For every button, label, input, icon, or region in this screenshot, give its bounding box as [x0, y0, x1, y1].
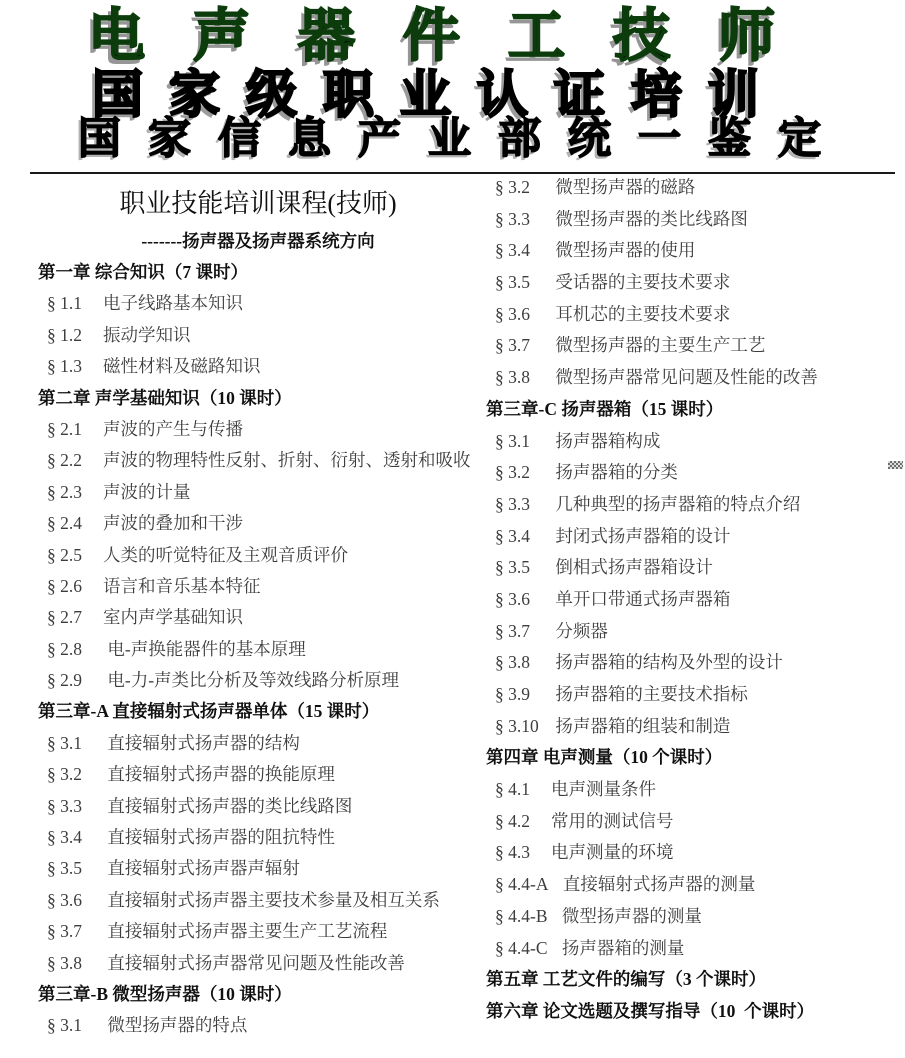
- item-text: 微型扬声器的磁路: [551, 177, 695, 197]
- section-marker: § 3.2: [47, 759, 93, 790]
- chapter-heading: 第二章 声学基础知识（10 课时）: [38, 383, 478, 414]
- item-text: 声波的叠加和干涉: [103, 513, 243, 533]
- section-marker: § 3.8: [47, 948, 93, 979]
- item-text: 微型扬声器的使用: [551, 240, 695, 260]
- section-marker: § 3.5: [47, 853, 93, 884]
- section-marker: § 3.2: [495, 457, 541, 489]
- chapter-heading: 第三章-C 扬声器箱（15 课时）: [486, 394, 905, 426]
- section-marker: § 3.8: [495, 362, 541, 394]
- course-item: § 3.8 微型扬声器常见问题及性能的改善: [486, 362, 905, 394]
- section-marker: § 3.1: [47, 1010, 93, 1041]
- left-rows: 第一章 综合知识（7 课时）§ 1.1电子线路基本知识§ 1.2振动学知识§ 1…: [38, 257, 478, 1042]
- chapter-heading: 第六章 论文选题及撰写指导（10 个课时）: [486, 996, 905, 1028]
- section-marker: § 3.6: [47, 885, 93, 916]
- section-marker: § 3.3: [495, 204, 541, 236]
- section-marker: § 3.5: [495, 552, 541, 584]
- course-item: § 3.1 直接辐射式扬声器的结构: [38, 728, 478, 759]
- course-item: § 3.4 封闭式扬声器箱的设计: [486, 521, 905, 553]
- chapter-heading: 第五章 工艺文件的编写（3 个课时）: [486, 964, 905, 996]
- item-text: 耳机芯的主要技术要求: [551, 304, 730, 324]
- item-text: 振动学知识: [103, 325, 191, 345]
- course-item: § 2.9 电-力-声类比分析及等效线路分析原理: [38, 665, 478, 696]
- course-item: § 3.5 受话器的主要技术要求: [486, 267, 905, 299]
- item-text: 声波的计量: [103, 482, 191, 502]
- course-item: § 1.3磁性材料及磁路知识: [38, 351, 478, 382]
- section-marker: § 3.2: [495, 172, 541, 204]
- chapter-heading: 第四章 电声测量（10 个课时）: [486, 742, 905, 774]
- section-marker: § 2.6: [47, 571, 93, 602]
- course-item: § 3.2 微型扬声器的磁路: [486, 172, 905, 204]
- item-text: 直接辐射式扬声器的测量: [558, 874, 755, 894]
- section-marker: § 3.1: [47, 728, 93, 759]
- section-marker: § 2.7: [47, 602, 93, 633]
- course-item: § 4.4-A 直接辐射式扬声器的测量: [486, 869, 905, 901]
- course-item: § 3.1 扬声器箱构成: [486, 426, 905, 458]
- section-marker: § 2.9: [47, 665, 93, 696]
- item-text: 电声测量条件: [551, 779, 656, 799]
- section-marker: § 3.3: [47, 791, 93, 822]
- item-text: 微型扬声器常见问题及性能的改善: [551, 367, 818, 387]
- section-marker: § 3.8: [495, 647, 541, 679]
- section-marker: § 2.8: [47, 634, 93, 665]
- item-text: 几种典型的扬声器箱的特点介绍: [551, 494, 800, 514]
- document-page: 电声器件工技师 国家级职业认证培训 国家信息产业部统一鉴定 职业技能培训课程(技…: [0, 0, 905, 1058]
- course-item: § 2.6语言和音乐基本特征: [38, 571, 478, 602]
- course-item: § 3.2 直接辐射式扬声器的换能原理: [38, 759, 478, 790]
- course-item: § 3.6 直接辐射式扬声器主要技术参量及相互关系: [38, 885, 478, 916]
- chapter-heading: 第一章 综合知识（7 课时）: [38, 257, 478, 288]
- section-marker: § 4.4-A: [495, 869, 548, 901]
- course-item: § 3.3 微型扬声器的类比线路图: [486, 204, 905, 236]
- item-text: 电-力-声类比分析及等效线路分析原理: [103, 670, 399, 690]
- item-text: 倒相式扬声器箱设计: [551, 557, 713, 577]
- section-marker: § 2.5: [47, 540, 93, 571]
- course-item: § 3.10 扬声器箱的组装和制造: [486, 711, 905, 743]
- section-marker: § 3.7: [495, 330, 541, 362]
- section-marker: § 1.3: [47, 351, 93, 382]
- item-text: 扬声器箱的组装和制造: [551, 716, 730, 736]
- item-text: 电子线路基本知识: [103, 293, 243, 313]
- course-item: § 3.6 耳机芯的主要技术要求: [486, 299, 905, 331]
- course-item: § 3.7 微型扬声器的主要生产工艺: [486, 330, 905, 362]
- chapter-heading: 第三章-B 微型扬声器（10 课时）: [38, 979, 478, 1010]
- section-marker: § 2.3: [47, 477, 93, 508]
- item-text: 微型扬声器的特点: [103, 1015, 247, 1035]
- item-text: 微型扬声器的测量: [558, 906, 702, 926]
- item-text: 直接辐射式扬声器主要技术参量及相互关系: [103, 890, 440, 910]
- item-text: 直接辐射式扬声器声辐射: [103, 858, 300, 878]
- right-rows: § 3.2 微型扬声器的磁路§ 3.3 微型扬声器的类比线路图§ 3.4 微型扬…: [486, 172, 905, 1028]
- course-item: § 3.6 单开口带通式扬声器箱: [486, 584, 905, 616]
- section-marker: § 3.4: [47, 822, 93, 853]
- course-item: § 3.2 扬声器箱的分类: [486, 457, 905, 489]
- section-marker: § 3.4: [495, 235, 541, 267]
- course-item: § 2.4声波的叠加和干涉: [38, 508, 478, 539]
- course-item: § 3.3 直接辐射式扬声器的类比线路图: [38, 791, 478, 822]
- course-item: § 4.1电声测量条件: [486, 774, 905, 806]
- item-text: 受话器的主要技术要求: [551, 272, 730, 292]
- course-item: § 3.7 分频器: [486, 616, 905, 648]
- course-item: § 4.4-C 扬声器箱的测量: [486, 933, 905, 965]
- section-marker: § 3.5: [495, 267, 541, 299]
- right-column: § 3.2 微型扬声器的磁路§ 3.3 微型扬声器的类比线路图§ 3.4 微型扬…: [486, 172, 905, 1028]
- section-marker: § 4.3: [495, 837, 541, 869]
- section-marker: § 3.6: [495, 584, 541, 616]
- course-item: § 2.5人类的听觉特征及主观音质评价: [38, 540, 478, 571]
- item-text: 扬声器箱构成: [551, 431, 660, 451]
- course-subtitle: -------扬声器及扬声器系统方向: [38, 225, 478, 257]
- course-item: § 2.3声波的计量: [38, 477, 478, 508]
- item-text: 室内声学基础知识: [103, 607, 243, 627]
- item-text: 电-声换能器件的基本原理: [103, 639, 306, 659]
- item-text: 直接辐射式扬声器的阻抗特性: [103, 827, 335, 847]
- section-marker: § 4.4-B: [495, 901, 548, 933]
- section-marker: § 2.2: [47, 445, 93, 476]
- item-text: 语言和音乐基本特征: [103, 576, 261, 596]
- banner-title: 电声器件工技师: [88, 6, 823, 68]
- course-item: § 3.5 直接辐射式扬声器声辐射: [38, 853, 478, 884]
- course-item: § 2.2声波的物理特性反射、折射、衍射、透射和吸收: [38, 445, 478, 476]
- item-text: 封闭式扬声器箱的设计: [551, 526, 730, 546]
- section-marker: § 3.7: [47, 916, 93, 947]
- item-text: 直接辐射式扬声器的类比线路图: [103, 796, 352, 816]
- edge-handle[interactable]: [888, 461, 903, 469]
- course-item: § 2.1声波的产生与传播: [38, 414, 478, 445]
- item-text: 声波的物理特性反射、折射、衍射、透射和吸收: [103, 450, 471, 470]
- course-item: § 4.4-B 微型扬声器的测量: [486, 901, 905, 933]
- section-marker: § 3.10: [495, 711, 541, 743]
- item-text: 扬声器箱的测量: [558, 938, 685, 958]
- left-column: 职业技能培训课程(技师) -------扬声器及扬声器系统方向 第一章 综合知识…: [38, 183, 478, 1042]
- course-item: § 2.7室内声学基础知识: [38, 602, 478, 633]
- course-item: § 3.9 扬声器箱的主要技术指标: [486, 679, 905, 711]
- course-item: § 3.3 几种典型的扬声器箱的特点介绍: [486, 489, 905, 521]
- item-text: 磁性材料及磁路知识: [103, 356, 261, 376]
- course-item: § 3.8 扬声器箱的结构及外型的设计: [486, 647, 905, 679]
- section-marker: § 4.2: [495, 806, 541, 838]
- section-marker: § 1.1: [47, 288, 93, 319]
- section-marker: § 3.7: [495, 616, 541, 648]
- section-marker: § 4.1: [495, 774, 541, 806]
- item-text: 扬声器箱的主要技术指标: [551, 684, 748, 704]
- item-text: 人类的听觉特征及主观音质评价: [103, 545, 348, 565]
- course-item: § 3.5 倒相式扬声器箱设计: [486, 552, 905, 584]
- course-item: § 1.1电子线路基本知识: [38, 288, 478, 319]
- item-text: 直接辐射式扬声器的换能原理: [103, 764, 335, 784]
- course-item: § 1.2振动学知识: [38, 320, 478, 351]
- section-marker: § 3.9: [495, 679, 541, 711]
- course-item: § 4.3电声测量的环境: [486, 837, 905, 869]
- item-text: 直接辐射式扬声器主要生产工艺流程: [103, 921, 387, 941]
- item-text: 声波的产生与传播: [103, 419, 243, 439]
- item-text: 电声测量的环境: [551, 842, 674, 862]
- course-item: § 3.8 直接辐射式扬声器常见问题及性能改善: [38, 948, 478, 979]
- section-marker: § 3.4: [495, 521, 541, 553]
- course-item: § 3.1 微型扬声器的特点: [38, 1010, 478, 1041]
- item-text: 单开口带通式扬声器箱: [551, 589, 730, 609]
- item-text: 分频器: [551, 621, 608, 641]
- item-text: 扬声器箱的结构及外型的设计: [551, 652, 783, 672]
- section-marker: § 2.4: [47, 508, 93, 539]
- section-marker: § 3.3: [495, 489, 541, 521]
- course-item: § 2.8 电-声换能器件的基本原理: [38, 634, 478, 665]
- section-marker: § 1.2: [47, 320, 93, 351]
- item-text: 微型扬声器的主要生产工艺: [551, 335, 765, 355]
- course-item: § 3.4 直接辐射式扬声器的阻抗特性: [38, 822, 478, 853]
- section-marker: § 3.1: [495, 426, 541, 458]
- course-title: 职业技能培训课程(技师): [38, 183, 478, 225]
- course-item: § 3.4 微型扬声器的使用: [486, 235, 905, 267]
- item-text: 常用的测试信号: [551, 811, 674, 831]
- item-text: 直接辐射式扬声器常见问题及性能改善: [103, 953, 405, 973]
- banner-certifier: 国家信息产业部统一鉴定: [78, 115, 848, 165]
- item-text: 直接辐射式扬声器的结构: [103, 733, 300, 753]
- course-item: § 4.2常用的测试信号: [486, 806, 905, 838]
- section-marker: § 2.1: [47, 414, 93, 445]
- section-marker: § 4.4-C: [495, 933, 548, 965]
- item-text: 微型扬声器的类比线路图: [551, 209, 748, 229]
- chapter-heading: 第三章-A 直接辐射式扬声器单体（15 课时）: [38, 696, 478, 727]
- item-text: 扬声器箱的分类: [551, 462, 678, 482]
- section-marker: § 3.6: [495, 299, 541, 331]
- course-item: § 3.7 直接辐射式扬声器主要生产工艺流程: [38, 916, 478, 947]
